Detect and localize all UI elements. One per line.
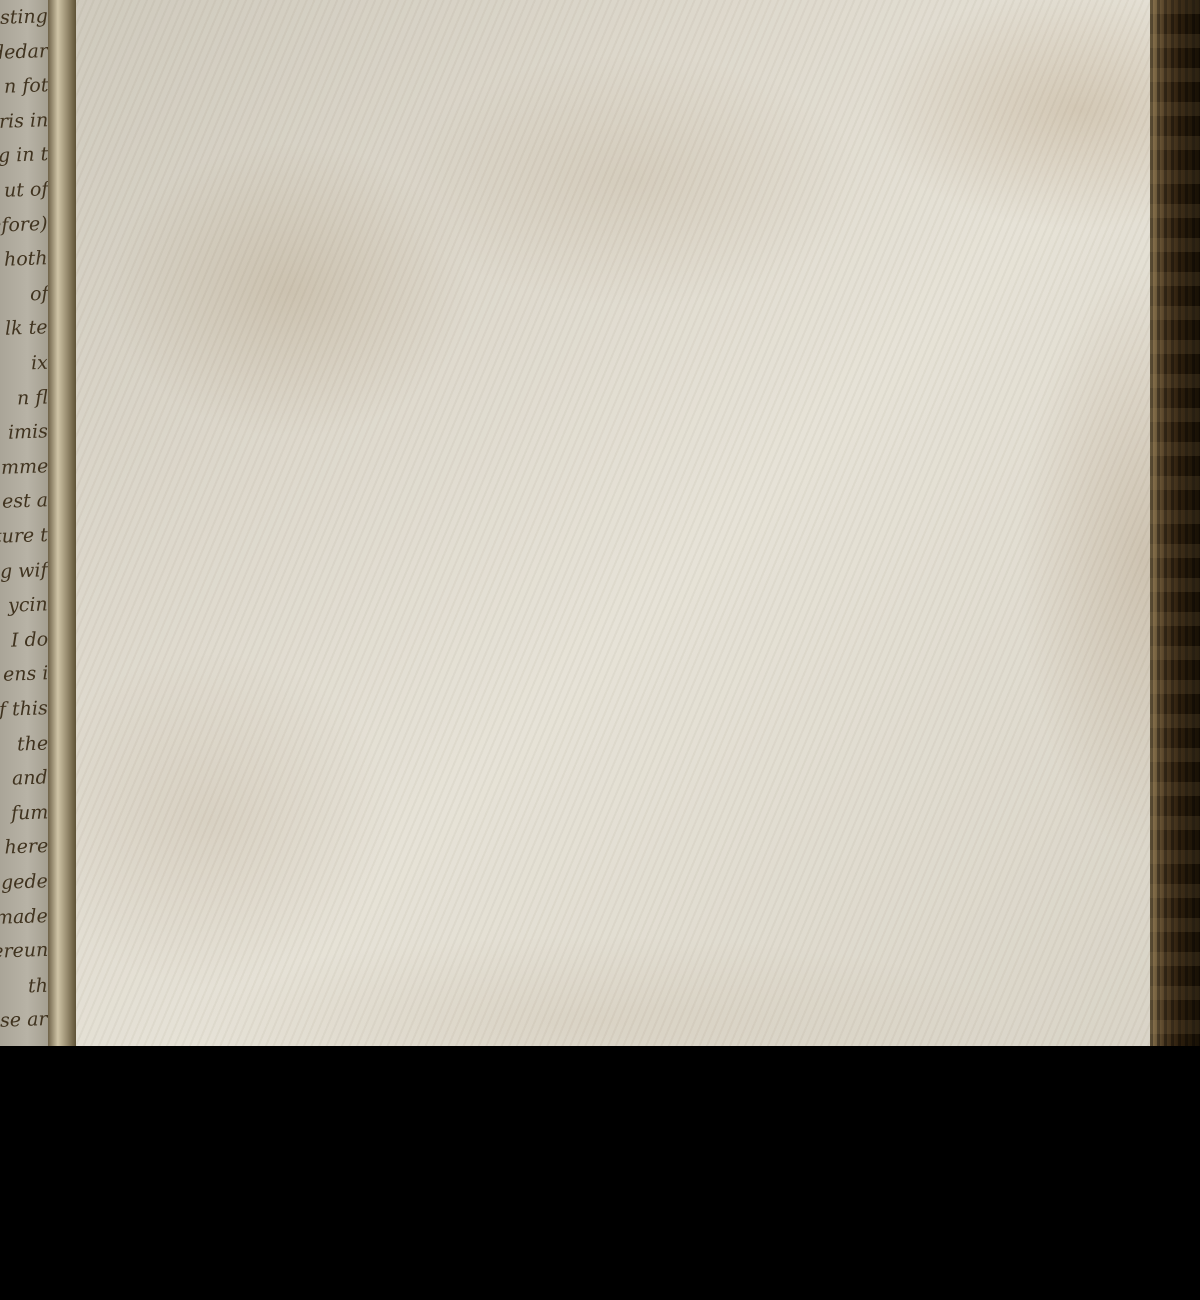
previous-page-text-fragment: ris in [0, 109, 48, 133]
previous-page-text-fragment: hereun [0, 939, 48, 963]
previous-page-text-fragment: imis [8, 420, 49, 443]
previous-page-text-fragment: hoth [4, 247, 48, 271]
previous-page-text-fragment: lk te [5, 317, 48, 340]
previous-page-text-fragment: and [12, 767, 48, 790]
previous-page-text-fragment: n fl [17, 386, 49, 409]
book-edge-band [1150, 0, 1200, 1046]
previous-page-text-fragment: fum [10, 801, 48, 824]
previous-page-text-fragment: I do [10, 628, 48, 651]
previous-page-text-fragment: o here [0, 835, 48, 859]
previous-page-text-fragment: of [29, 282, 48, 305]
previous-page-text-fragment: ix [31, 352, 49, 375]
previous-page-text-fragment: n fot [3, 74, 48, 98]
previous-page-text-fragment: the [17, 732, 49, 755]
black-matte [0, 1046, 1200, 1300]
previous-page-text-fragment: mme [0, 455, 48, 479]
previous-page-text-fragment: sting [0, 5, 48, 29]
manuscript-photo: stingdedarn fotris ing in tut ofrefore)h… [0, 0, 1200, 1046]
previous-page-text-fragment: ise ar [0, 1008, 48, 1032]
previous-page-text-fragment: dedar [0, 40, 48, 64]
previous-page-text-fragment: g in t [0, 144, 48, 168]
previous-page-strip: stingdedarn fotris ing in tut ofrefore)h… [0, 0, 50, 1046]
previous-page-text-fragment: refore) [0, 212, 48, 236]
previous-page-text-fragment: ycin [8, 594, 48, 617]
previous-page-text-fragment: gede [1, 870, 49, 894]
previous-page-text-fragment: ut of [3, 178, 48, 202]
previous-page-text-fragment: ture t [0, 524, 48, 548]
previous-page-text-fragment: g wif [0, 559, 48, 583]
previous-page-text-fragment: made [0, 905, 48, 929]
previous-page-text-fragment: est a [2, 490, 49, 514]
manuscript-page [70, 0, 1162, 1046]
previous-page-text-fragment: ens i [2, 663, 48, 687]
book-gutter [48, 0, 76, 1046]
previous-page-text-fragment: f this [0, 697, 48, 721]
previous-page-text-fragment: th [28, 974, 49, 997]
